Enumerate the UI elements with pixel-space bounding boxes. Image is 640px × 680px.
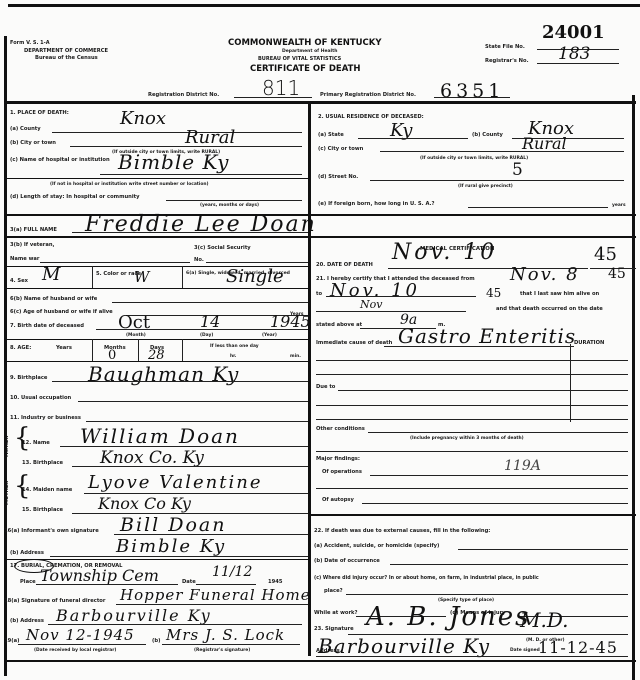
attend-from-value: Nov. 8 [510,264,580,285]
ssn-no-label: No. [194,257,204,263]
duration-label: DURATION [574,340,604,346]
findings-label: Major findings: [316,456,360,462]
director-label: 18(a) Signature of funeral director [4,598,105,604]
mother-side-label: MOTHER [4,481,10,505]
top-border [8,4,640,7]
immediate-cause-label: Immediate cause of death [316,340,392,346]
spouse-label: 6(b) Name of husband or wife [10,296,97,302]
sex-value: M [42,264,60,285]
attend-from-year: 45 [608,266,626,282]
primary-district-number: 6351 [440,80,504,102]
birthplace-label: 9. Birthplace [10,375,47,381]
death-city-value: Rural [185,127,235,148]
burial-date-value: 11/12 [212,564,252,580]
county-label: (a) County [10,126,41,132]
certificate-title: CERTIFICATE OF DEATH [250,64,361,74]
registrar-sig-label: (b) [152,638,160,644]
primary-district-label: Primary Registration District No. [320,92,416,98]
death-date-label: 20. DATE OF DEATH [316,262,373,268]
director-address-value: Barbourville Ky [56,606,212,625]
veteran-label: 3(b) If veteran, [10,242,54,248]
birth-label: 7. Birth date of deceased [10,323,84,329]
operations-label: Of operations [322,469,362,475]
where-label: (c) Where did injury occur? In or about … [314,576,539,581]
mother-brace: { [14,473,31,499]
city-label: (b) City or town [10,140,56,146]
received-date-value: Nov 12-1945 [26,626,135,644]
death-certificate: Form V. S. 1-A DEPARTMENT OF COMMERCE Bu… [0,0,640,680]
date-signed-label: Date signed [510,648,540,653]
left-border [4,36,7,676]
years-caption: Years [56,345,72,351]
registration-district-label: Registration District No. [148,92,219,98]
burial-place-value: Township Cem [40,566,159,585]
street-note: (If rural give precinct) [458,184,513,189]
physician-signature-value: A. B. Jones [366,602,531,632]
attend-to-prefix: to [316,291,322,297]
autopsy-label: Of autopsy [322,497,354,503]
full-name-label: 3(a) FULL NAME [10,227,57,233]
last-saw-date-value: Nov [360,298,382,311]
sex-label: 4. Sex [10,278,28,284]
physician-signature-label: 23. Signature [314,626,354,632]
burial-place-label: Place [20,579,36,585]
dept-health: Department of Health [282,49,337,54]
registrar-signature-value: Mrs J. S. Lock [166,626,285,644]
registrar-caption: (Registrar's signature) [194,648,250,653]
hospital-label: (c) Name of hospital or institution [10,157,110,163]
father-name-value: William Doan [80,424,240,448]
informant-address-label: (b) Address [10,550,44,556]
father-name-label: 12. Name [22,440,50,446]
other-note: (Include pregnancy within 3 months of de… [410,436,524,441]
father-side-label: FATHER [4,436,10,457]
street-label: (d) Street No. [318,174,358,180]
state-label: (a) State [318,132,344,138]
father-brace: { [14,425,31,451]
age-label: 8. AGE: [10,345,31,351]
registrar-number: 183 [558,44,590,64]
month-caption: (Month) [126,333,146,338]
informant-signature-label: 16(a) Informant's own signature [4,528,99,534]
hospital-note: (If not in hospital or institution write… [50,182,209,187]
form-number: Form V. S. 1-A [10,40,50,46]
stated-label: stated above at [316,322,362,328]
less-than-day: If less than one day [210,344,259,349]
place-of-death-heading: 1. PLACE OF DEATH: [10,110,69,116]
stay-units: (years, months or days) [200,203,259,208]
bottom-border [4,660,636,662]
director-value: Hopper Funeral Home [120,586,311,604]
registrar-label: Registrar's No. [485,58,529,64]
min-caption: min. [290,354,301,359]
war-label: Name war [10,256,39,262]
external-heading: 22. If death was due to external causes,… [314,528,490,534]
spouse-age-label: 6(c) Age of husband or wife if alive [10,309,113,315]
bureau-vital: BUREAU OF VITAL STATISTICS [258,56,341,62]
marital-value: Single [226,266,284,287]
occupation-label: 10. Usual occupation [10,395,71,401]
res-city-label: (c) City or town [318,146,363,152]
place-label: place? [324,588,343,594]
ssn-label: 3(c) Social Security [194,245,251,251]
immediate-cause-value: Gastro Enteritis [398,324,576,348]
state-file-label: State File No. [485,44,525,50]
burial-date-label: Date [182,579,196,585]
attend-to-year: 45 [486,286,501,300]
birthplace-value: Baughman Ky [88,362,239,386]
mother-maiden-label: 14. Maiden name [22,487,72,493]
res-county-label: (b) County [472,132,503,138]
color-value: W [134,268,149,286]
residence-street-value: 5 [512,160,523,180]
other-conditions-label: Other conditions [316,426,365,432]
death-year-value: 45 [594,244,617,265]
death-date-value: Nov. 10 [392,240,497,265]
death-occurred-text: and that death occurred on the date [496,306,603,312]
death-hospital-value: Bimble Ky [118,150,229,174]
foreign-label: (e) If foreign born, how long in U. S. A… [318,201,435,207]
father-birthplace-value: Knox Co. Ky [100,448,204,468]
mother-maiden-value: Lyove Valentine [88,472,263,493]
column-divider [308,101,311,656]
right-border [632,95,635,680]
informant-signature-value: Bill Doan [120,514,226,536]
mother-birthplace-value: Knox Co Ky [98,494,191,513]
department: DEPARTMENT OF COMMERCE [24,48,108,54]
due-to-label: Due to [316,384,335,390]
burial-year: 1945 [268,579,282,585]
stay-label: (d) Length of stay: In hospital or commu… [10,194,140,200]
informant-address-value: Bimble Ky [116,536,226,557]
operations-code: 119A [504,458,541,474]
foreign-unit: years [612,203,626,208]
occurrence-label: (b) Date of occurrence [314,558,380,564]
physician-address-value: Barbourville Ky [318,634,490,658]
commonwealth-title: COMMONWEALTH OF KENTUCKY [228,38,382,48]
physician-date-value: 11-12-45 [538,638,618,657]
received-caption: (Date received by local registrar) [34,648,116,653]
father-birthplace-label: 13. Birthplace [22,460,63,466]
state-file-number: 24001 [542,22,605,43]
mother-birthplace-label: 15. Birthplace [22,507,63,513]
physician-title-value: M.D. [520,608,569,632]
last-saw-text: that I last saw him alive on [520,291,599,297]
day-caption: (Day) [200,333,213,338]
bureau-census: Bureau of the Census [35,55,98,61]
hr-caption: hr. [230,354,236,359]
director-address-label: (b) Address [10,618,44,624]
accident-label: (a) Accident, suicide, or homicide (spec… [314,543,439,549]
industry-label: 11. Industry or business [10,415,81,421]
at-work-label: While at work? [314,610,357,616]
death-county-value: Knox [120,108,166,129]
year-caption: (Year) [262,333,277,338]
full-name-value: Freddie Lee Doan [85,212,317,237]
